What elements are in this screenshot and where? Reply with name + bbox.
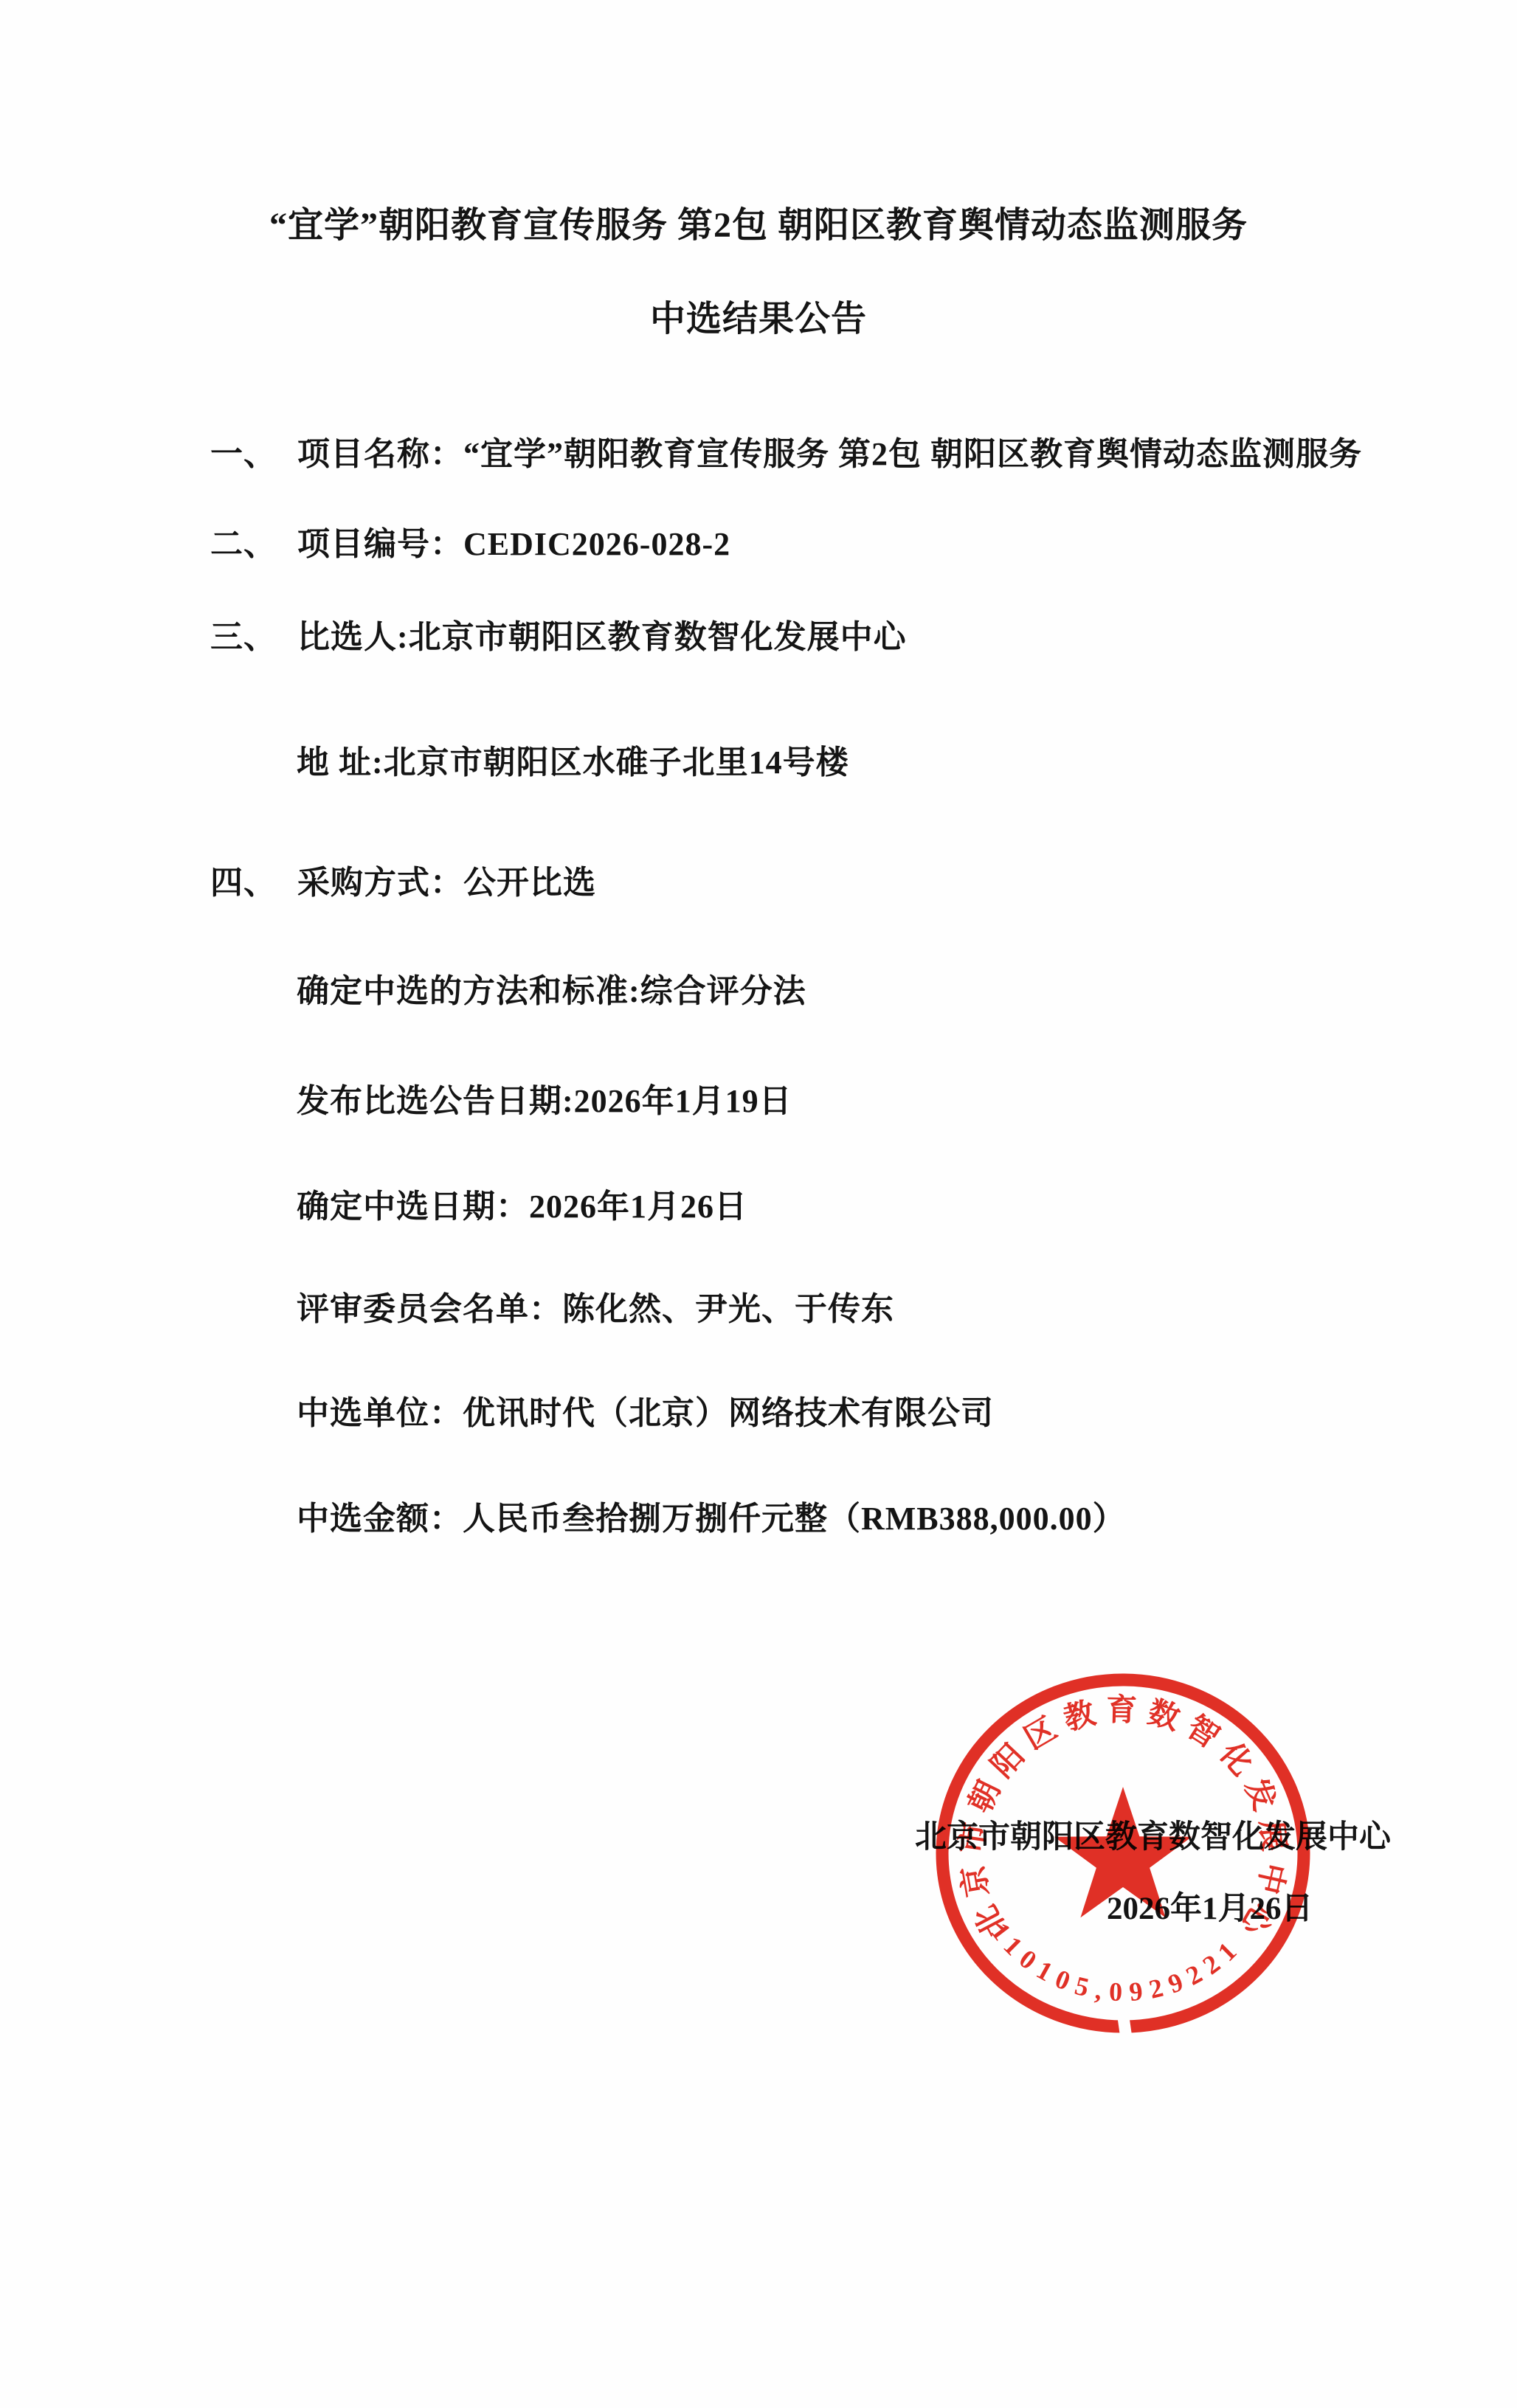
list-item-2: 二、 项目编号：CEDIC2026-028-2 bbox=[210, 526, 730, 564]
item-text: 项目编号：CEDIC2026-028-2 bbox=[297, 526, 730, 564]
item-number: 二、 bbox=[210, 526, 277, 564]
detail-line-method: 确定中选的方法和标准:综合评分法 bbox=[297, 973, 806, 1011]
document-page: “宜学”朝阳教育宣传服务 第2包 朝阳区教育舆情动态监测服务 中选结果公告 一、… bbox=[0, 0, 1517, 2408]
list-item-3: 三、 比选人:北京市朝阳区教育数智化发展中心 bbox=[210, 619, 907, 657]
item-text: 比选人:北京市朝阳区教育数智化发展中心 bbox=[297, 619, 907, 657]
detail-line-announce-date: 发布比选公告日期:2026年1月19日 bbox=[297, 1083, 792, 1121]
list-item-1: 一、 项目名称：“宜学”朝阳教育宣传服务 第2包 朝阳区教育舆情动态监测服务 bbox=[210, 436, 1362, 474]
document-title-line1: “宜学”朝阳教育宣传服务 第2包 朝阳区教育舆情动态监测服务 bbox=[0, 205, 1517, 246]
seal-ring-gap bbox=[1117, 2012, 1133, 2038]
list-item-4: 四、 采购方式：公开比选 bbox=[210, 865, 596, 902]
detail-line-award-date: 确定中选日期：2026年1月26日 bbox=[297, 1189, 747, 1226]
official-seal: 北京市朝阳区教育数智化发展中心 110105,0929221 bbox=[931, 1669, 1315, 2038]
item-number: 三、 bbox=[210, 619, 277, 657]
document-title-line2: 中选结果公告 bbox=[0, 299, 1517, 339]
item-text: 采购方式：公开比选 bbox=[297, 865, 596, 902]
seal-star bbox=[1054, 1787, 1192, 1917]
detail-line-amount: 中选金额：人民币叁拾捌万捌仟元整（RMB388,000.00） bbox=[297, 1501, 1126, 1538]
item-number: 一、 bbox=[210, 436, 277, 474]
address-line: 地 址:北京市朝阳区水碓子北里14号楼 bbox=[297, 744, 849, 782]
detail-line-committee: 评审委员会名单：陈化然、尹光、于传东 bbox=[297, 1291, 894, 1329]
item-number: 四、 bbox=[210, 865, 277, 902]
seal-svg: 北京市朝阳区教育数智化发展中心 110105,0929221 bbox=[931, 1669, 1315, 2038]
detail-line-winner: 中选单位：优讯时代（北京）网络技术有限公司 bbox=[297, 1395, 994, 1433]
item-text: 项目名称：“宜学”朝阳教育宣传服务 第2包 朝阳区教育舆情动态监测服务 bbox=[297, 436, 1362, 474]
